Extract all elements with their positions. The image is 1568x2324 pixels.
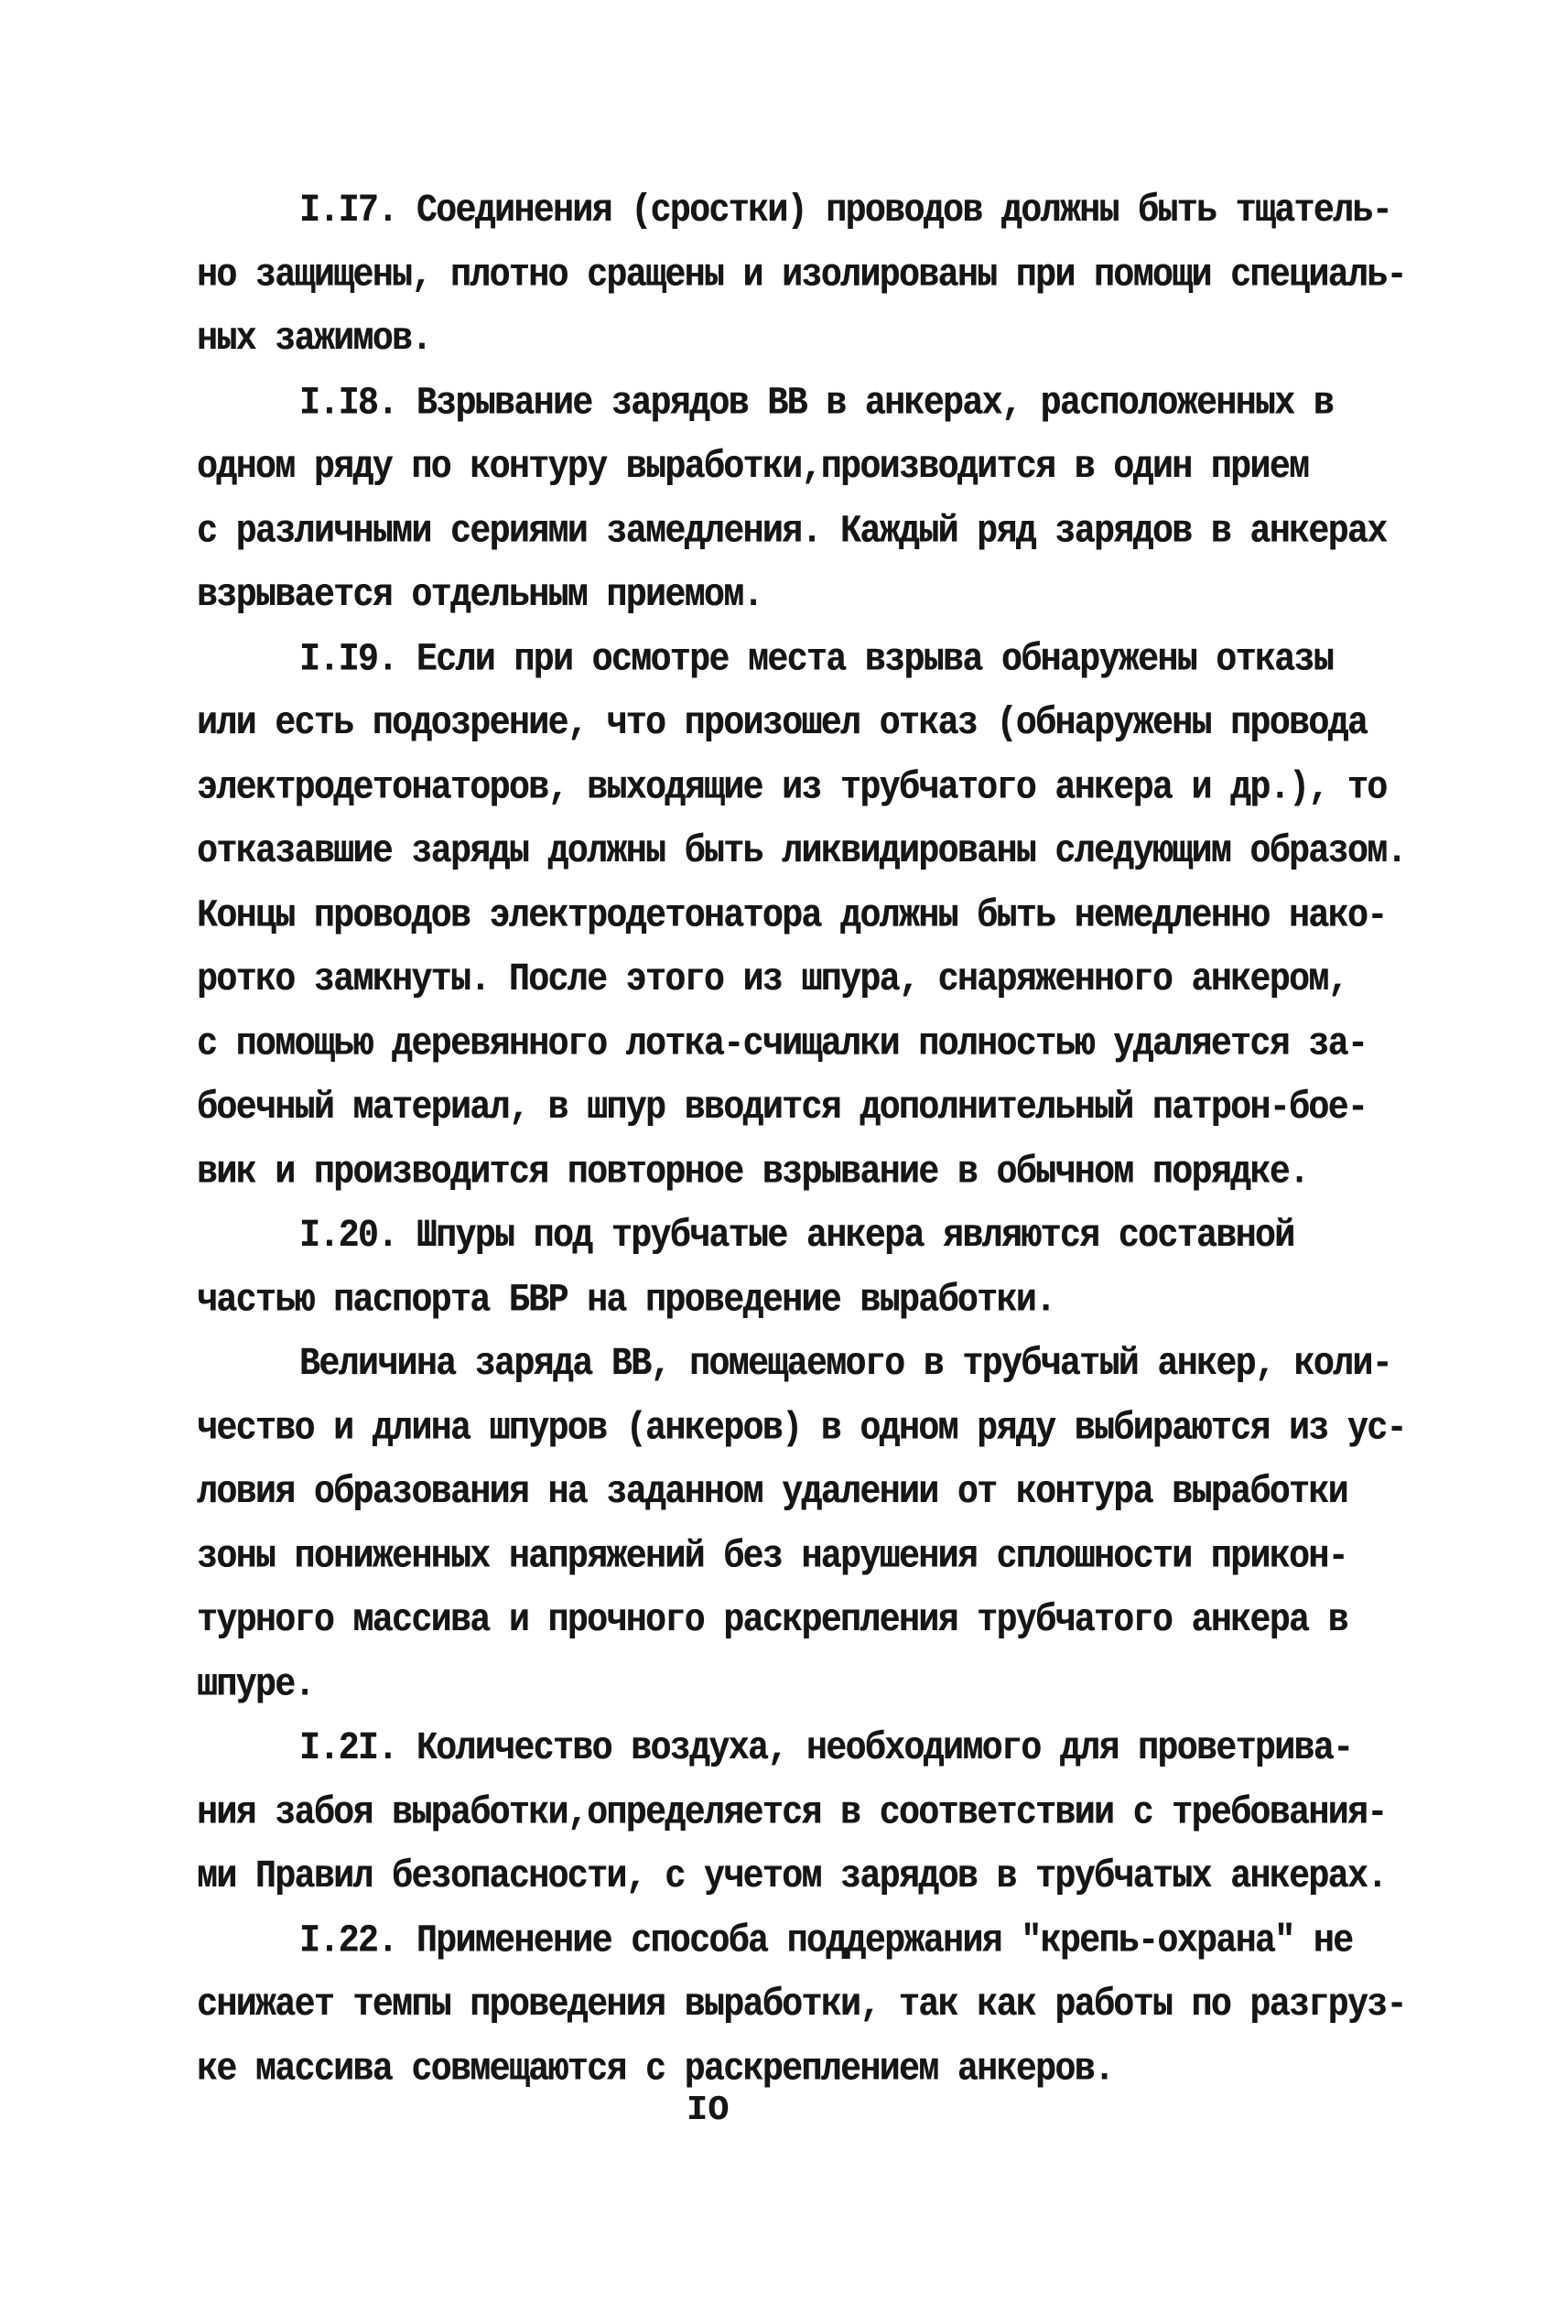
text-line: отказавшие заряды должны быть ликвидиров… (197, 820, 1442, 884)
page-number: IO (687, 2091, 730, 2131)
text-line: ми Правил безопасности, с учетом зарядов… (197, 1845, 1442, 1909)
text-line: или есть подозрение, что произошел отказ… (197, 692, 1442, 756)
text-line: частью паспорта БВР на проведение вырабо… (197, 1269, 1442, 1333)
text-line: ния забоя выработки,определяется в соотв… (197, 1781, 1442, 1845)
text-line: Величина заряда ВВ, помещаемого в трубча… (197, 1333, 1442, 1397)
document-page: I.I7. Соединения (сростки) проводов долж… (0, 0, 1568, 2324)
text-line: чество и длина шпуров (анкеров) в одном … (197, 1397, 1442, 1461)
text-line: вик и производится повторное взрывание в… (197, 1140, 1442, 1205)
text-line: I.22. Применение способа поддержания "кр… (197, 1909, 1442, 1973)
text-line: с различными сериями замедления. Каждый … (197, 500, 1442, 564)
text-line: с помощью деревянного лотка-счищалки пол… (197, 1012, 1442, 1076)
text-line: турного массива и прочного раскрепления … (197, 1589, 1442, 1653)
text-line: I.I7. Соединения (сростки) проводов долж… (197, 179, 1442, 243)
text-line: I.I9. Если при осмотре места взрыва обна… (197, 628, 1442, 692)
text-line: взрывается отдельным приемом. (197, 564, 1442, 628)
text-line: ротко замкнуты. После этого из шпура, сн… (197, 948, 1442, 1012)
text-block: I.I7. Соединения (сростки) проводов долж… (197, 179, 1442, 2102)
text-line: I.20. Шпуры под трубчатые анкера являютс… (197, 1205, 1442, 1269)
text-line: боечный материал, в шпур вводится дополн… (197, 1076, 1442, 1140)
text-line: одном ряду по контуру выработки,производ… (197, 436, 1442, 500)
text-line: ловия образования на заданном удалении о… (197, 1461, 1442, 1525)
text-line: электродетонаторов, выходящие из трубчат… (197, 756, 1442, 820)
text-line: Концы проводов электродетонатора должны … (197, 884, 1442, 948)
text-line: шпуре. (197, 1653, 1442, 1717)
text-line: ных зажимов. (197, 308, 1442, 372)
text-line: но защищены, плотно сращены и изолирован… (197, 243, 1442, 308)
text-line: I.I8. Взрывание зарядов ВВ в анкерах, ра… (197, 372, 1442, 436)
text-line: снижает темпы проведения выработки, так … (197, 1973, 1442, 2038)
text-line: I.2I. Количество воздуха, необходимого д… (197, 1717, 1442, 1781)
text-line: зоны пониженных напряжений без нарушения… (197, 1525, 1442, 1589)
text-line: ке массива совмещаются с раскреплением а… (197, 2038, 1442, 2102)
